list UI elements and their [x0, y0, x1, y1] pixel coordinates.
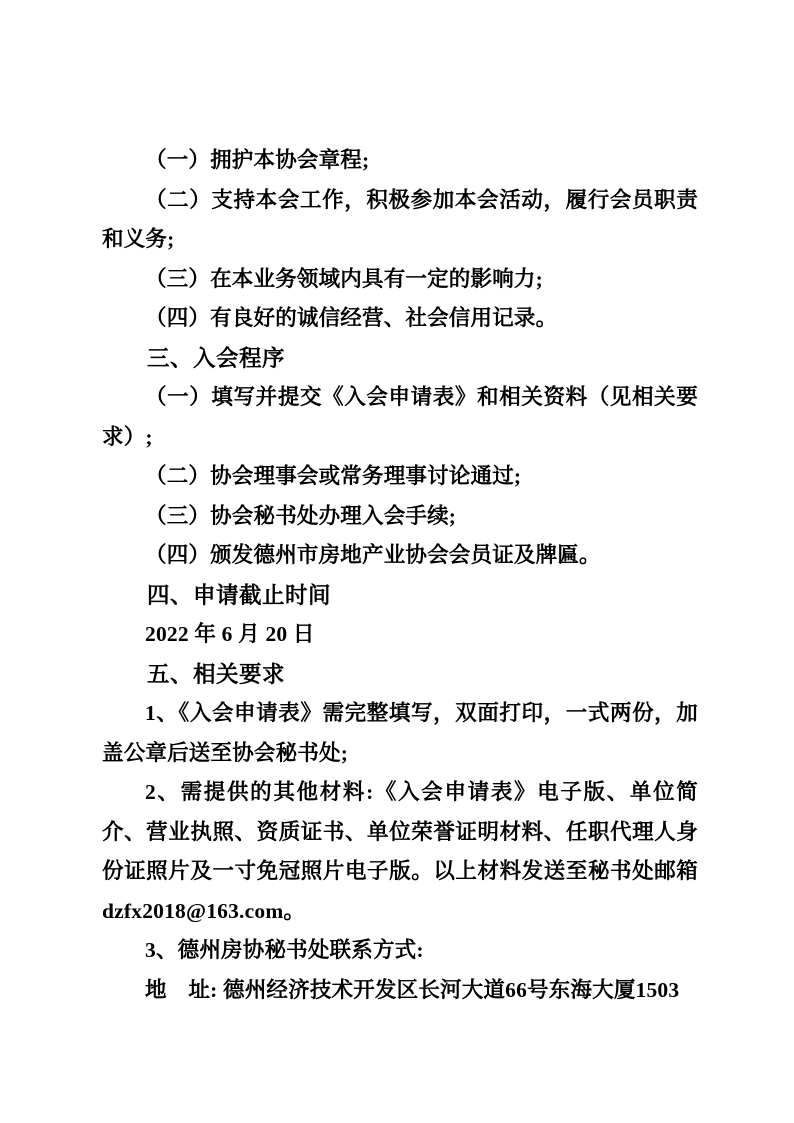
section-heading-application-deadline: 四、申请截止时间: [102, 576, 698, 616]
contact-address: 地 址: 德州经济技术开发区长河大道66号东海大厦1503: [102, 971, 698, 1011]
step-1-submit-application: （一）填写并提交《入会申请表》和相关资料（见相关要求）;: [102, 378, 698, 457]
clause-1-uphold-charter: （一）拥护本协会章程;: [102, 141, 698, 181]
clause-2-support-work: （二）支持本会工作，积极参加本会活动，履行会员职责和义务;: [102, 181, 698, 260]
step-4-certificate-plaque: （四）颁发德州市房地产业协会会员证及牌匾。: [102, 536, 698, 576]
requirement-3-contact-info: 3、德州房协秘书处联系方式:: [102, 931, 698, 971]
section-heading-related-requirements: 五、相关要求: [102, 655, 698, 695]
clause-4-credit-record: （四）有良好的诚信经营、社会信用记录。: [102, 299, 698, 339]
step-2-council-approval: （二）协会理事会或常务理事讨论通过;: [102, 457, 698, 497]
requirement-2-other-materials-email: 2、需提供的其他材料:《入会申请表》电子版、单位简介、营业执照、资质证书、单位荣…: [102, 773, 698, 931]
step-3-secretariat-formalities: （三）协会秘书处办理入会手续;: [102, 497, 698, 537]
section-heading-membership-procedure: 三、入会程序: [102, 339, 698, 379]
clause-3-industry-influence: （三）在本业务领域内具有一定的影响力;: [102, 260, 698, 300]
document-page: （一）拥护本协会章程; （二）支持本会工作，积极参加本会活动，履行会员职责和义务…: [0, 0, 794, 1123]
deadline-date: 2022 年 6 月 20 日: [102, 615, 698, 655]
requirement-1-application-form: 1、《入会申请表》需完整填写，双面打印，一式两份，加盖公章后送至协会秘书处;: [102, 694, 698, 773]
